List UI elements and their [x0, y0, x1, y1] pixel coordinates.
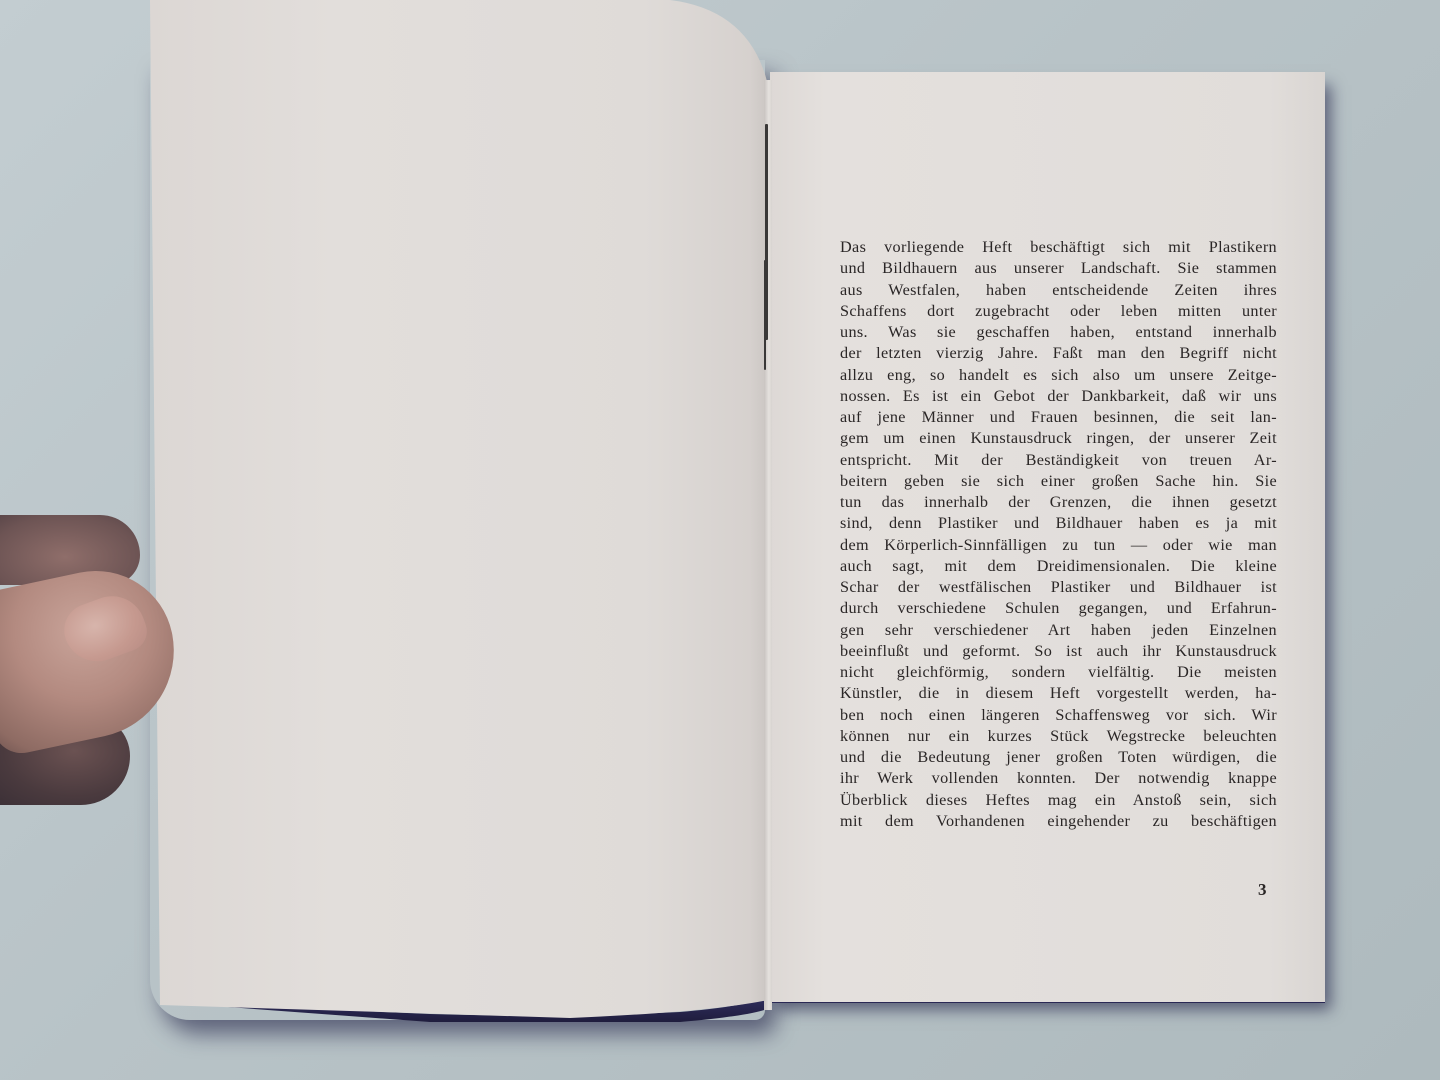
text-line: gen sehr verschiedener Art haben jeden E…: [840, 620, 1277, 641]
thumbnail-nail: [57, 587, 153, 671]
page-number: 3: [1258, 880, 1267, 900]
text-line: dem Körperlich-Sinnfälligen zu tun — ode…: [840, 535, 1277, 556]
text-line: Das vorliegende Heft beschäftigt sich mi…: [840, 237, 1277, 258]
text-line: beitern geben sie sich einer großen Sach…: [840, 471, 1277, 492]
photo-scene: Das vorliegende Heft beschäftigt sich mi…: [0, 0, 1440, 1080]
text-line: beeinflußt und geformt. So ist auch ihr …: [840, 641, 1277, 662]
text-line: Überblick dieses Heftes mag ein Anstoß s…: [840, 790, 1277, 811]
text-line: ihr Werk vollenden konnten. Der notwendi…: [840, 768, 1277, 789]
text-line: können nur ein kurzes Stück Wegstrecke b…: [840, 726, 1277, 747]
text-line: nicht gleichförmig, sondern vielfältig. …: [840, 662, 1277, 683]
text-line: der letzten vierzig Jahre. Faßt man den …: [840, 343, 1277, 364]
text-line: tun das innerhalb der Grenzen, die ihnen…: [840, 492, 1277, 513]
body-paragraph: Das vorliegende Heft beschäftigt sich mi…: [840, 237, 1277, 832]
text-line: sind, denn Plastiker und Bildhauer haben…: [840, 513, 1277, 534]
text-line: nossen. Es ist ein Gebot der Dankbarkeit…: [840, 386, 1277, 407]
text-line: auch sagt, mit dem Dreidimensionalen. Di…: [840, 556, 1277, 577]
text-line: auf jene Männer und Frauen besinnen, die…: [840, 407, 1277, 428]
text-line: Schar der westfälischen Plastiker und Bi…: [840, 577, 1277, 598]
text-line: allzu eng, so handelt es sich also um un…: [840, 365, 1277, 386]
text-line: aus Westfalen, haben entscheidende Zeite…: [840, 280, 1277, 301]
text-line: entspricht. Mit der Beständigkeit von tr…: [840, 450, 1277, 471]
right-page: Das vorliegende Heft beschäftigt sich mi…: [770, 72, 1325, 1002]
text-line: uns. Was sie geschaffen haben, entstand …: [840, 322, 1277, 343]
spine-stitch: [764, 260, 766, 370]
text-line: Künstler, die in diesem Heft vorgestellt…: [840, 683, 1277, 704]
left-page-blank: [150, 0, 768, 1018]
text-line: gem um einen Kunstausdruck ringen, der u…: [840, 428, 1277, 449]
text-line: durch verschiedene Schulen gegangen, und…: [840, 598, 1277, 619]
text-line: und Bildhauern aus unserer Landschaft. S…: [840, 258, 1277, 279]
text-line: ben noch einen längeren Schaffensweg vor…: [840, 705, 1277, 726]
text-line: mit dem Vorhandenen eingehender zu besch…: [840, 811, 1277, 832]
text-line: Schaffens dort zugebracht oder leben mit…: [840, 301, 1277, 322]
thumb: [0, 557, 190, 759]
hand-holding-page: [0, 555, 185, 755]
text-line: und die Bedeutung jener großen Toten wür…: [840, 747, 1277, 768]
